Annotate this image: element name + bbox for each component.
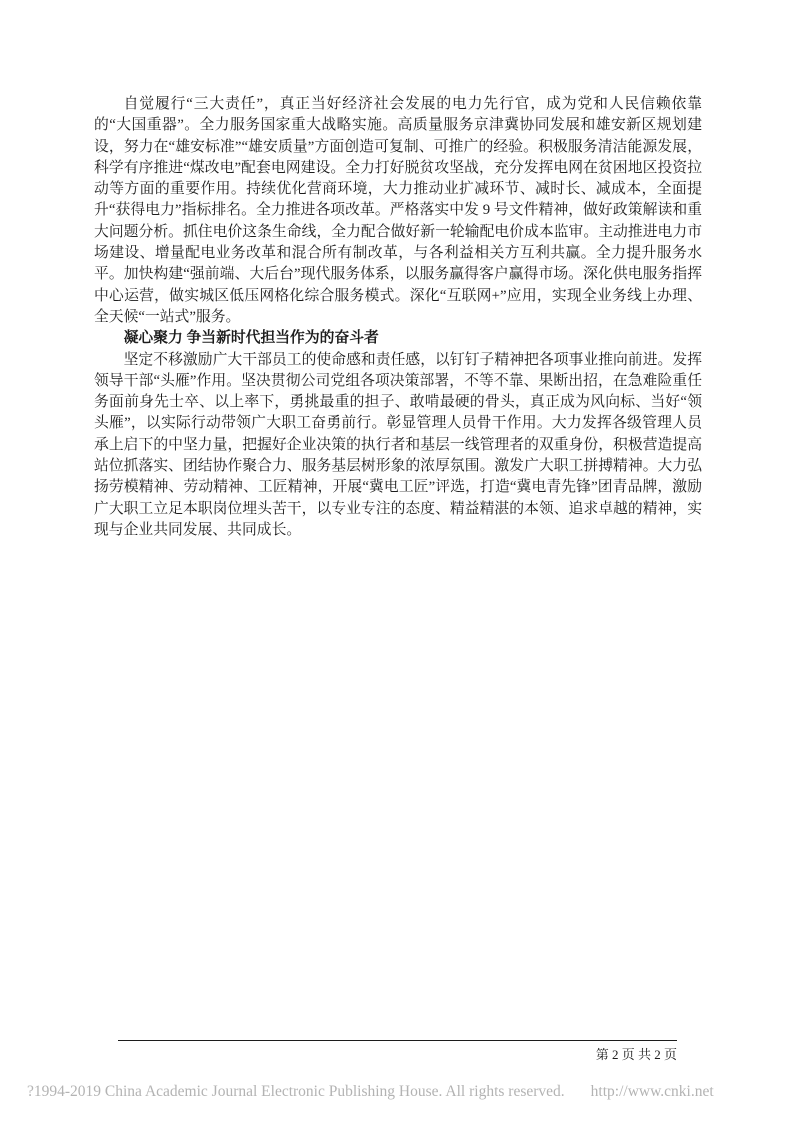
body-paragraph-1: 自觉履行“三大责任”，真正当好经济社会发展的电力先行官，成为党和人民信赖依靠的“… (94, 94, 702, 328)
copyright-notice: ?1994-2019 China Academic Journal Electr… (27, 1083, 565, 1100)
document-page: 自觉履行“三大责任”，真正当好经济社会发展的电力先行官，成为党和人民信赖依靠的“… (0, 0, 793, 1122)
body-paragraph-2: 坚定不移激励广大干部员工的使命感和责任感，以钉钉子精神把各项事业推向前进。发挥领… (94, 350, 702, 542)
copyright-footer: ?1994-2019 China Academic Journal Electr… (27, 1083, 714, 1101)
section-heading: 凝心聚力 争当新时代担当作为的奋斗者 (94, 328, 702, 349)
cnki-url: http://www.cnki.net (591, 1083, 714, 1100)
document-body: 自觉履行“三大责任”，真正当好经济社会发展的电力先行官，成为党和人民信赖依靠的“… (94, 94, 702, 541)
page-number: 第 2 页 共 2 页 (118, 1044, 677, 1063)
footer-divider (118, 1040, 677, 1041)
